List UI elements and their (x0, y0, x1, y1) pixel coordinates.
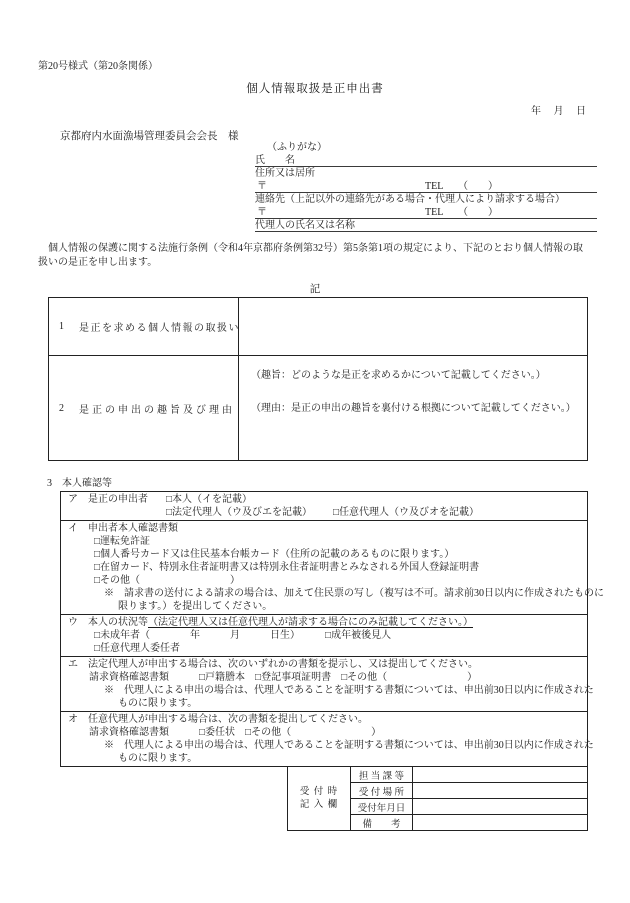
table-row: 受付年月日 (351, 799, 587, 815)
name-field: 氏 名 (255, 154, 597, 167)
checkbox-drivers-license: □運転免許証 (61, 535, 587, 548)
table-row-u: ウ 本人の状況等（法定代理人又は任意代理人が請求する場合にのみ記載してください。… (61, 615, 587, 657)
postal-mark-icon: 〒 (257, 180, 267, 193)
furigana-label: （ふりがな） (255, 141, 597, 154)
row-u-title: ウ 本人の状況等（法定代理人又は任意代理人が請求する場合にのみ記載してください。… (61, 616, 587, 629)
table-row-e: エ 法定代理人が申出する場合は、次のいずれかの書類を提示し、又は提出してください… (61, 657, 587, 712)
postal-tel-field: 〒 TEL （ ） (255, 180, 597, 193)
row1-label: 是正を求める個人情報の取扱い (79, 319, 240, 334)
table-row: 2 是正の申出の趣旨及び理由 （趣旨：どのような是正を求めるかについて記載してく… (49, 356, 587, 460)
row1-number: 1 (59, 321, 79, 332)
row-i-note-line1: ※ 請求書の送付による請求の場合は、加えて住民票の写し（複写は不可。請求前30日… (61, 587, 587, 600)
contact-postal-tel-field: 〒 TEL （ ） (255, 206, 597, 219)
reception-place-label: 受 付 場 所 (351, 783, 413, 798)
declaration-line-1: 個人情報の保護に関する法施行条例（令和4年京都府条例第32号）第5条第1項の規定… (38, 242, 598, 256)
reception-date-label: 受付年月日 (351, 799, 413, 814)
row-u-title-underlined: （法定代理人又は任意代理人が請求する場合にのみ記載してください。） (148, 617, 473, 628)
table-row: 備 考 (351, 815, 587, 830)
reason-note: （理由：是正の申出の趣旨を裏付ける根拠について記載してください。） (251, 402, 587, 415)
form-number: 第20号様式（第20条関係） (38, 57, 158, 72)
declaration-line-2: 扱いの是正を申し出ます。 (38, 256, 598, 270)
table-row: 担 当 課 等 (351, 767, 587, 783)
checkbox-minor: □未成年者（ 年 月 日生） □成年被後見人 (61, 629, 587, 642)
reception-date-value (413, 799, 587, 814)
row-o-documents: 請求資格確認書類 □委任状 □その他（ ） (61, 726, 587, 739)
row-a-letter: ア (68, 493, 78, 506)
row2-label: 是正の申出の趣旨及び理由 (79, 401, 235, 416)
identity-verification-table: ア 是正の申出者 □本人（イを記載） □法定代理人（ウ及びエを記載） □任意代理… (60, 491, 588, 767)
table-row-o: オ 任意代理人が申出する場合は、次の書類を提出してください。 請求資格確認書類 … (61, 712, 587, 766)
reception-stub-line1: 受 付 時 (300, 786, 338, 799)
purpose-note: （趣旨：どのような是正を求めるかについて記載してください。） (251, 369, 587, 382)
postal-mark-icon: 〒 (257, 206, 267, 219)
row-e-note-line1: ※ 代理人による申出の場合は、代理人であることを証明する書類については、申出前3… (61, 684, 587, 697)
correction-table: 1 是正を求める個人情報の取扱い 2 是正の申出の趣旨及び理由 （趣旨：どのよう… (48, 297, 588, 461)
checkbox-option-voluntary-rep: □任意代理人（ウ及びオを記載） (333, 506, 479, 519)
row-o-note-line1: ※ 代理人による申出の場合は、代理人であることを証明する書類については、申出前3… (61, 739, 587, 752)
checkbox-mynumber-card: □個人番号カード又は住民基本台帳カード（住所の記載のあるものに限ります。） (61, 548, 587, 561)
table-row: 1 是正を求める個人情報の取扱い (49, 298, 587, 356)
reception-place-value (413, 783, 587, 798)
row1-value-cell (239, 298, 587, 355)
row-i-title: イ 申出者本人確認書類 (61, 522, 587, 535)
row-u-title-prefix: ウ 本人の状況等 (68, 617, 148, 628)
reception-remarks-label: 備 考 (351, 815, 413, 830)
row2-value-cell: （趣旨：どのような是正を求めるかについて記載してください。） （理由：是正の申出… (239, 356, 587, 460)
checkbox-voluntary-agent-principal: □任意代理人委任者 (61, 642, 587, 655)
date-line: 年 月 日 (531, 102, 586, 117)
reception-rows: 担 当 課 等 受 付 場 所 受付年月日 備 考 (351, 767, 587, 830)
reception-table: 受 付 時 記 入 欄 担 当 課 等 受 付 場 所 受付年月日 備 考 (287, 766, 588, 831)
reception-department-label: 担 当 課 等 (351, 767, 413, 782)
row-e-note-line2: ものに限ります。 (61, 697, 587, 710)
form-page: 第20号様式（第20条関係） 個人情報取扱是正申出書 年 月 日 京都府内水面漁… (0, 0, 630, 903)
contact-label: 連絡先（上記以外の連絡先がある場合・代理人により請求する場合） (255, 193, 597, 206)
table-row-a: ア 是正の申出者 □本人（イを記載） □法定代理人（ウ及びエを記載） □任意代理… (61, 492, 587, 521)
row-e-title: エ 法定代理人が申出する場合は、次のいずれかの書類を提示し、又は提出してください… (61, 658, 587, 671)
checkbox-option-legal-rep: □法定代理人（ウ及びエを記載） (166, 506, 312, 519)
row2-number: 2 (59, 403, 79, 414)
page-title: 個人情報取扱是正申出書 (0, 80, 630, 96)
applicant-fields: （ふりがな） 氏 名 住所又は居所 〒 TEL （ ） 連絡先（上記以外の連絡先… (255, 141, 597, 232)
checkbox-other-document: □その他（ ） (61, 574, 587, 587)
table-row-i: イ 申出者本人確認書類 □運転免許証 □個人番号カード又は住民基本台帳カード（住… (61, 521, 587, 615)
tel-label: TEL （ ） (425, 206, 498, 219)
row-o-note-line2: ものに限ります。 (61, 752, 587, 765)
row-o-title: オ 任意代理人が申出する場合は、次の書類を提出してください。 (61, 713, 587, 726)
reception-stub-line2: 記 入 欄 (300, 799, 338, 812)
reception-department-value (413, 767, 587, 782)
agent-name-field: 代理人の氏名又は名称 (255, 219, 597, 232)
address-label: 住所又は居所 (255, 167, 597, 180)
section3-heading: 3 本人確認等 (47, 474, 112, 489)
row1-label-cell: 1 是正を求める個人情報の取扱い (49, 298, 239, 355)
row-a-label: 是正の申出者 (88, 493, 148, 506)
checkbox-residence-card: □在留カード、特別永住者証明書又は特別永住者証明書とみなされる外国人登録証明書 (61, 561, 587, 574)
checkbox-option-self: □本人（イを記載） (166, 493, 252, 506)
addressee: 京都府内水面漁場管理委員会会長 様 (60, 128, 239, 143)
record-mark: 記 (0, 281, 630, 296)
row-i-note-line2: 限ります。）を提出してください。 (61, 600, 587, 613)
row-e-documents: 請求資格確認書類 □戸籍謄本 □登記事項証明書 □その他（ ） (61, 671, 587, 684)
tel-label: TEL （ ） (425, 180, 498, 193)
table-row: 受 付 場 所 (351, 783, 587, 799)
row2-label-cell: 2 是正の申出の趣旨及び理由 (49, 356, 239, 460)
reception-stub-cell: 受 付 時 記 入 欄 (288, 767, 351, 830)
reception-remarks-value (413, 815, 587, 830)
declaration-paragraph: 個人情報の保護に関する法施行条例（令和4年京都府条例第32号）第5条第1項の規定… (38, 242, 598, 270)
